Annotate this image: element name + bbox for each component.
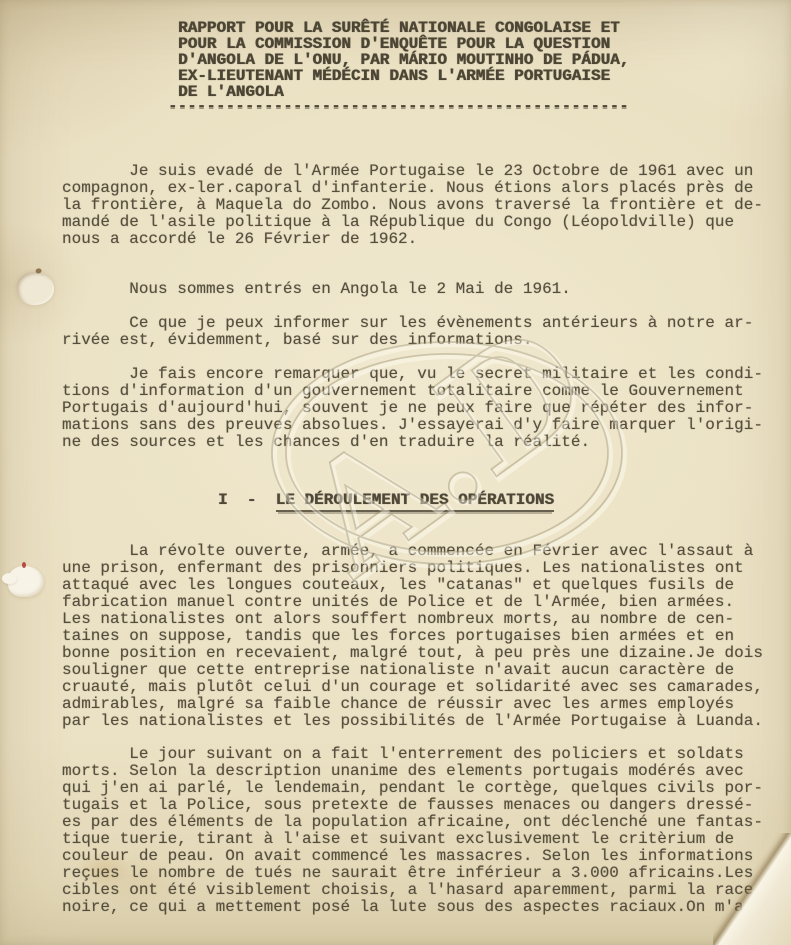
paper-damage-spot	[15, 270, 56, 308]
paper-wax-spot	[8, 566, 44, 597]
paragraph-entry-angola: Nous sommes entrés en Angola le 2 Mai de…	[62, 281, 571, 298]
paragraph-military-secret: Je fais encore remarquer que, vu le secr…	[62, 366, 763, 451]
document-title: RAPPORT POUR LA SURÊTÉ NATIONALE CONGOLA…	[178, 20, 629, 100]
title-divider: ----------------------------------------…	[168, 98, 629, 115]
paragraph-revolt: La révolte ouverte, armée, a commencée e…	[62, 543, 763, 730]
paragraph-information-basis: Ce que je peux informer sur les évènemen…	[62, 315, 753, 349]
document-page: RAPPORT POUR LA SURÊTÉ NATIONALE CONGOLA…	[0, 0, 791, 945]
section-heading: I - LE DÉROULEMENT DES OPÉRATIONS	[218, 492, 554, 509]
page-corner-fold	[713, 833, 791, 945]
section-number: I -	[218, 491, 276, 509]
paragraph-escape-account: Je suis evadé de l'Armée Portugaise le 2…	[62, 163, 763, 248]
section-title: LE DÉROULEMENT DES OPÉRATIONS	[276, 491, 554, 512]
paragraph-massacres: Le jour suivant on a fait l'enterrement …	[62, 746, 763, 916]
